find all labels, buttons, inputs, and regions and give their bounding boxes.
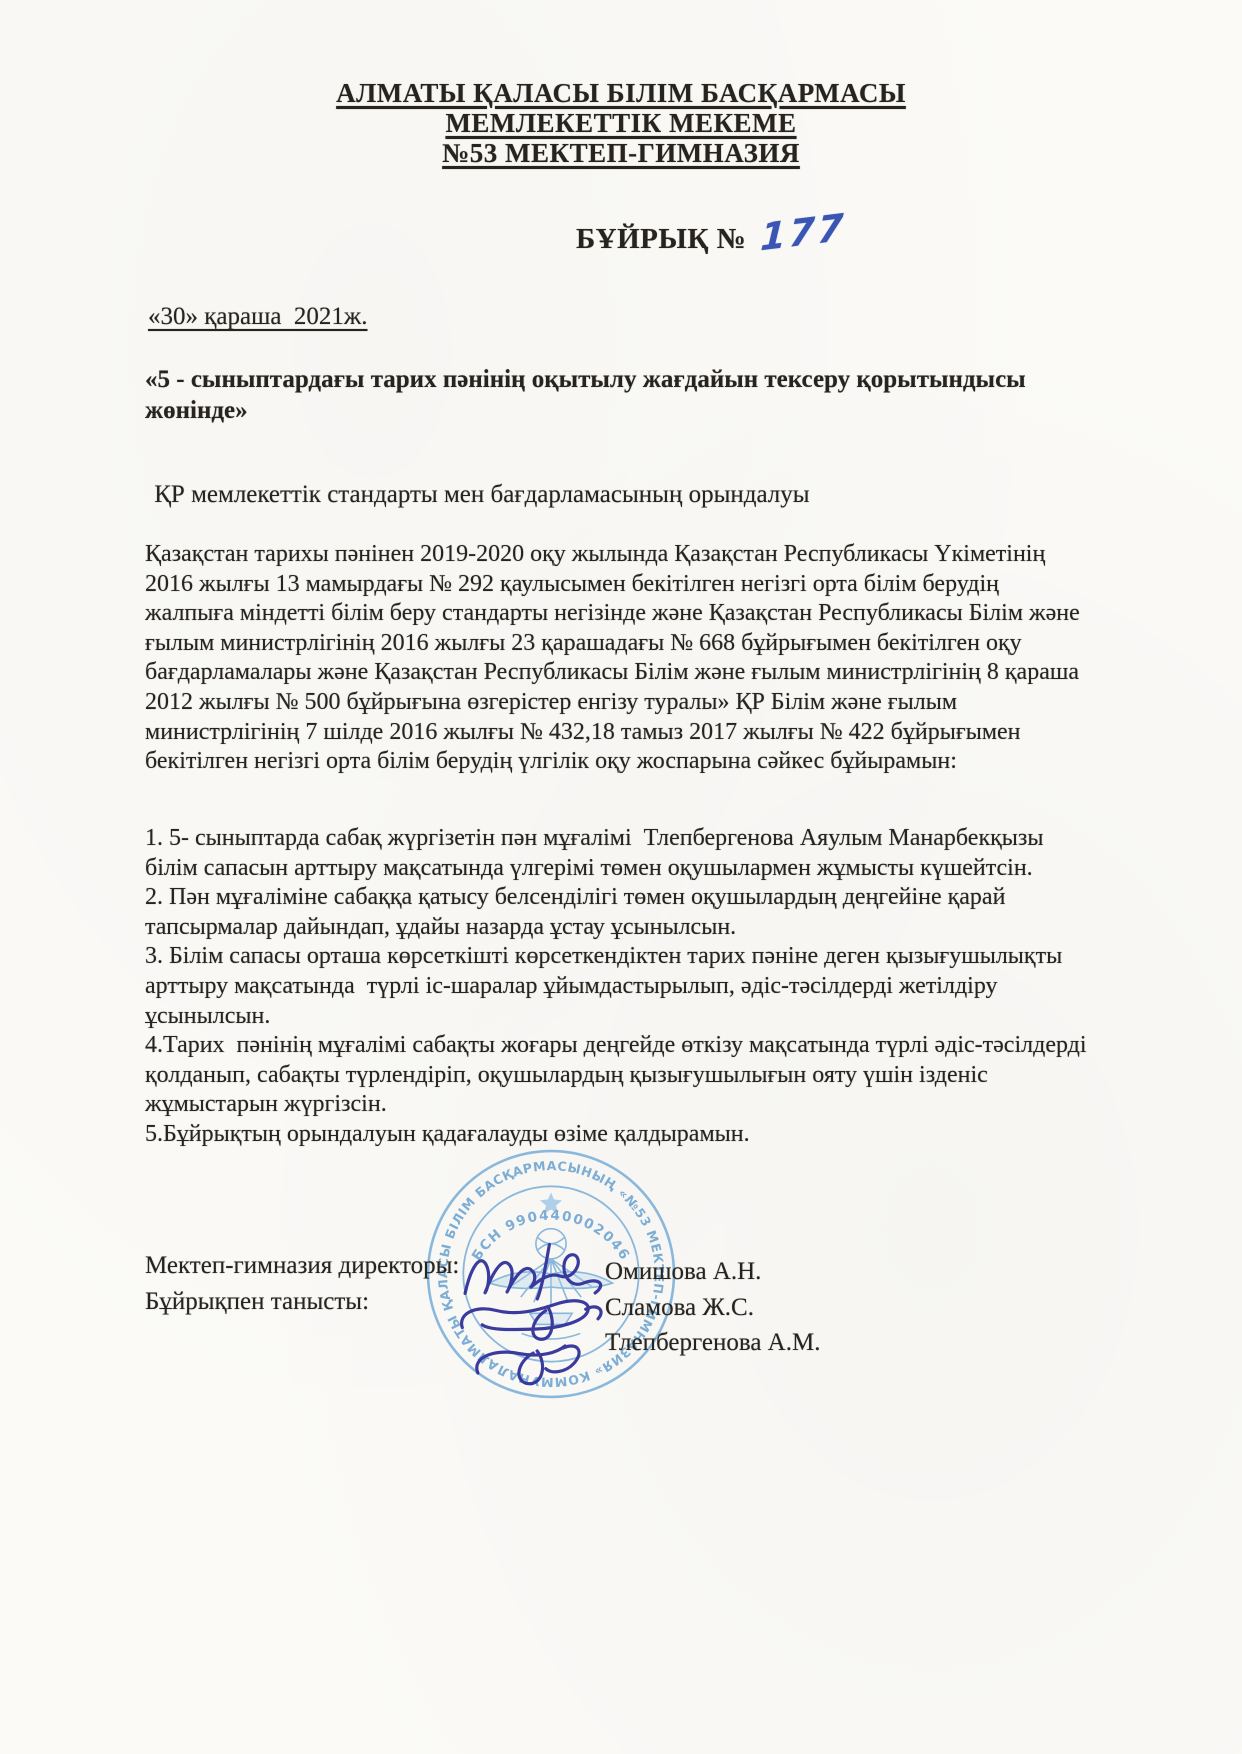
letterhead: АЛМАТЫ ҚАЛАСЫ БІЛІМ БАСҚАРМАСЫ МЕМЛЕКЕТТ… [0,78,1242,168]
order-subject: «5 - сыныптардағы тарих пәнінің оқытылу … [145,364,1095,426]
acquainted-signature-label: Бұйрықпен танысты: [145,1288,369,1316]
signatory-name-1: Сламова Ж.С. [605,1290,820,1326]
order-label: БҰЙРЫҚ № [576,223,746,255]
signatory-names: Омишова А.Н. Сламова Ж.С. Тлепбергенова … [605,1254,820,1361]
preamble-paragraph: Қазақстан тарихы пәнінен 2019-2020 оқу ж… [145,540,1093,777]
order-item-3: 3. Білім сапасы орташа көрсеткішті көрсе… [145,942,1097,1031]
order-item-1: 1. 5- сыныптарда сабақ жүргізетін пән мұ… [145,824,1097,883]
standards-heading: ҚР мемлекеттік стандарты мен бағдарламас… [148,481,1098,509]
order-items-list: 1. 5- сыныптарда сабақ жүргізетін пән мұ… [145,824,1097,1150]
order-number-handwritten: 177 [760,205,848,259]
signatory-name-2: Тлепбергенова А.М. [605,1325,820,1361]
letterhead-line-authority: АЛМАТЫ ҚАЛАСЫ БІЛІМ БАСҚАРМАСЫ [0,78,1242,108]
order-date: «30» қараша 2021ж. [148,303,367,331]
scanned-order-document: АЛМАТЫ ҚАЛАСЫ БІЛІМ БАСҚАРМАСЫ МЕМЛЕКЕТТ… [0,0,1242,1754]
order-item-2: 2. Пән мұғаліміне сабаққа қатысу белсенд… [145,883,1097,942]
order-title-line: БҰЙРЫҚ №177 [576,214,847,257]
order-item-4: 4.Тарих пәнінің мұғалімі сабақты жоғары … [145,1031,1097,1120]
director-signature-label: Мектеп-гимназия директоры: [145,1252,459,1280]
signatory-name-director: Омишова А.Н. [605,1254,820,1290]
letterhead-line-institution: МЕМЛЕКЕТТІК МЕКЕМЕ [0,108,1242,138]
letterhead-line-school: №53 МЕКТЕП-ГИМНАЗИЯ [0,138,1242,168]
